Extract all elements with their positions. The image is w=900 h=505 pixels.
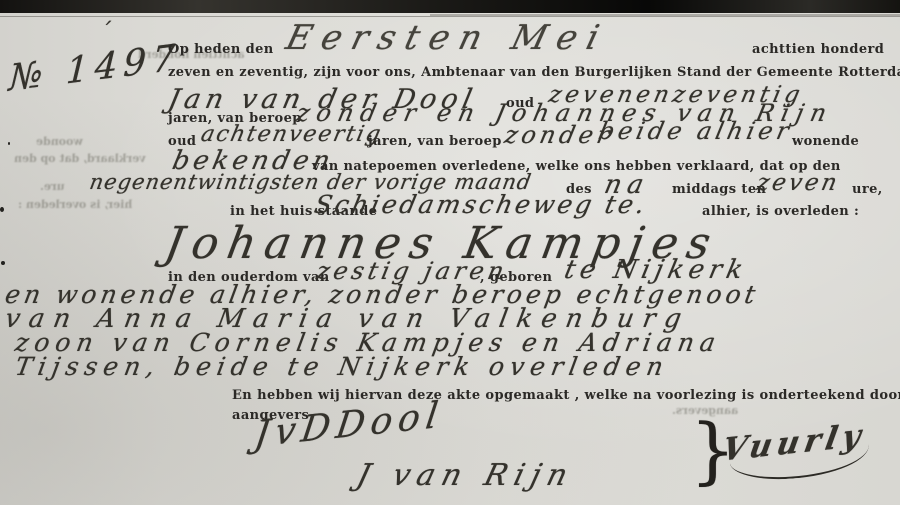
signature-declarant2: J van Rijn xyxy=(353,458,578,493)
ink-speck xyxy=(0,207,4,212)
ink-speck xyxy=(8,142,10,145)
scan-top-edge xyxy=(0,0,900,13)
printed-line2: zeven en zeventig, zijn voor ons, Ambten… xyxy=(168,65,900,80)
printed-closing-line: En hebben wij hiervan deze akte opgemaak… xyxy=(232,388,900,403)
signature-declarant1: JvDDool xyxy=(252,394,446,456)
printed-ure: ure, xyxy=(852,182,883,197)
ghost-text-ure: ure. xyxy=(40,180,65,193)
ghost-text-overleden: hier, is overleden : xyxy=(18,198,132,211)
ink-speck xyxy=(1,261,5,265)
handwritten-akte-date: Eersten Mei xyxy=(282,18,613,58)
page-rule-line xyxy=(0,16,900,17)
death-certificate-scan: achttien honderd woonde verklaard, dat o… xyxy=(0,0,900,505)
printed-achttien-honderd: achttien honderd xyxy=(752,42,884,57)
accent-stroke: ´ xyxy=(100,20,111,45)
printed-middags-ten: middags ten xyxy=(672,182,766,197)
printed-wonende: wonende xyxy=(792,134,859,149)
handwritten-declarant2-age: achtenveertig xyxy=(199,122,385,147)
printed-jaren-van-beroep-2: jaren, van beroep xyxy=(368,134,502,149)
printed-op-heden-den: Op heden den xyxy=(168,42,274,57)
ghost-text-woonde: woonde xyxy=(36,135,83,148)
ghost-text-verklaard: verklaard, dat op den xyxy=(14,152,146,165)
page-rule-line-dark xyxy=(430,14,900,16)
handwritten-street: Schiedamscheweg te. xyxy=(312,190,650,219)
handwritten-parents-line2: Tijssen, beide te Nijkerk overleden xyxy=(13,352,672,381)
handwritten-death-hour: zeven xyxy=(754,170,842,196)
printed-alhier-is-overleden: alhier, is overleden : xyxy=(702,204,859,219)
handwritten-beide-alhier: beide alhier xyxy=(596,117,795,145)
akte-number: № 1497 xyxy=(8,37,182,100)
